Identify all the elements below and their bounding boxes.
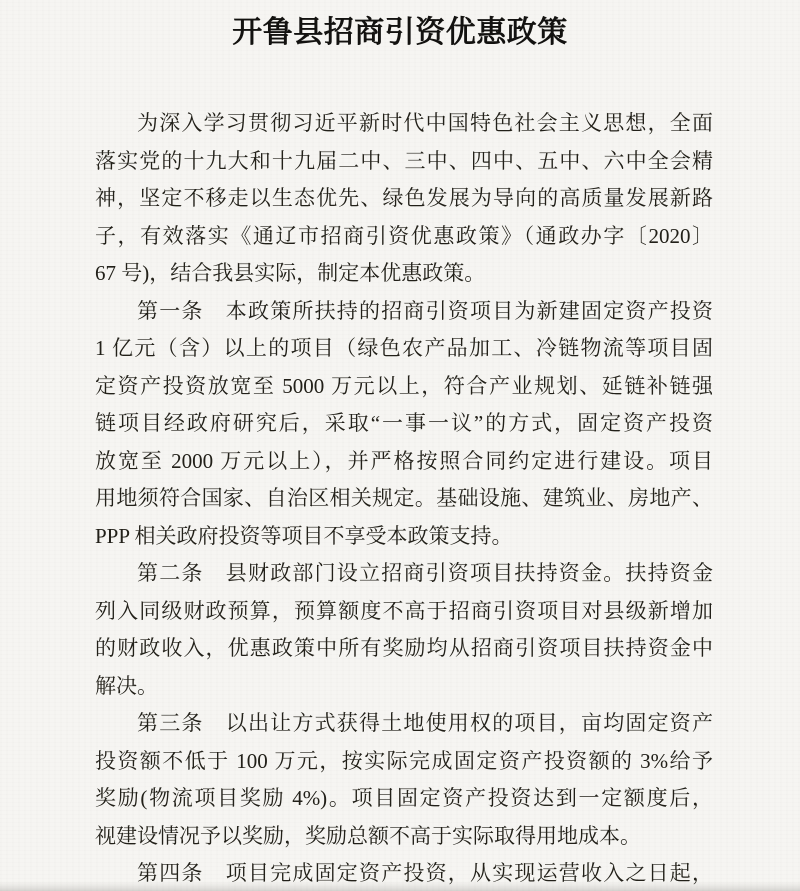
document-title: 开鲁县招商引资优惠政策 (0, 0, 800, 52)
doc-line: 链项目经政府研究后，采取“一事一议”的方式，固定资产投资 (95, 405, 713, 443)
doc-line: 用地须符合国家、自治区相关规定。基础设施、建筑业、房地产、 (95, 480, 713, 518)
doc-line: 第三条 以出让方式获得土地使用权的项目，亩均固定资产 (95, 705, 713, 743)
doc-line: 为深入学习贯彻习近平新时代中国特色社会主义思想，全面 (95, 105, 713, 143)
doc-line: 列入同级财政预算，预算额度不高于招商引资项目对县级新增加 (95, 593, 713, 631)
doc-line: 落实党的十九大和十九届二中、三中、四中、五中、六中全会精 (95, 143, 713, 181)
scanner-edge-shadow (0, 881, 800, 891)
doc-line: 第二条 县财政部门设立招商引资项目扶持资金。扶持资金 (95, 555, 713, 593)
doc-line: 67 号)，结合我县实际，制定本优惠政策。 (95, 255, 713, 293)
doc-line: 1 亿元（含）以上的项目（绿色农产品加工、冷链物流等项目固 (95, 330, 713, 368)
doc-line: 的财政收入，优惠政策中所有奖励均从招商引资项目扶持资金中 (95, 630, 713, 668)
doc-line: 放宽至 2000 万元以上），并严格按照合同约定进行建设。项目 (95, 443, 713, 481)
scanned-document-page: 开鲁县招商引资优惠政策 为深入学习贯彻习近平新时代中国特色社会主义思想，全面 落… (0, 0, 800, 891)
doc-line: 子，有效落实《通辽市招商引资优惠政策》（通政办字〔2020〕 (95, 218, 713, 256)
document-body: 为深入学习贯彻习近平新时代中国特色社会主义思想，全面 落实党的十九大和十九届二中… (95, 105, 713, 891)
doc-line: PPP 相关政府投资等项目不享受本政策支持。 (95, 518, 713, 556)
doc-line: 第一条 本政策所扶持的招商引资项目为新建固定资产投资 (95, 293, 713, 331)
doc-line: 视建设情况予以奖励，奖励总额不高于实际取得用地成本。 (95, 818, 713, 856)
doc-line: 奖励(物流项目奖励 4%)。项目固定资产投资达到一定额度后， (95, 780, 713, 818)
doc-line: 投资额不低于 100 万元，按实际完成固定资产投资额的 3%给予 (95, 743, 713, 781)
doc-line: 定资产投资放宽至 5000 万元以上，符合产业规划、延链补链强 (95, 368, 713, 406)
doc-line: 解决。 (95, 668, 713, 706)
doc-line: 神，坚定不移走以生态优先、绿色发展为导向的高质量发展新路 (95, 180, 713, 218)
